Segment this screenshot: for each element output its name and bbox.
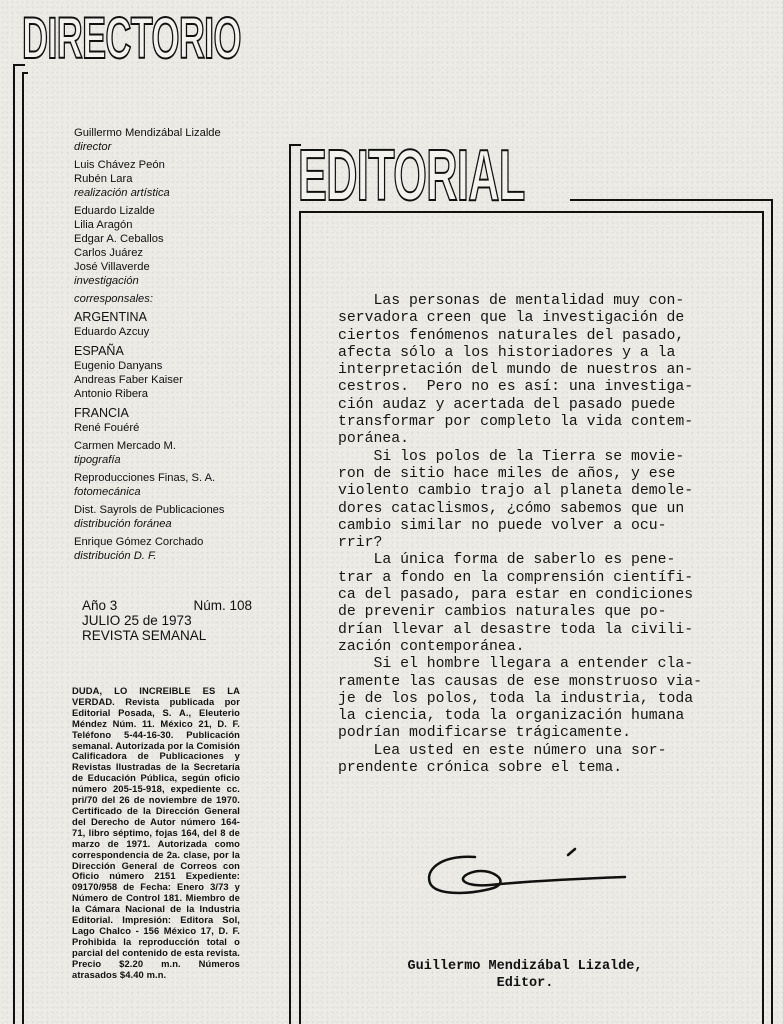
staff-group-art: Luis Chávez Peón Rubén Lara realización …: [74, 158, 259, 200]
staff-name: Carlos Juárez: [74, 246, 259, 260]
legal-notice: DUDA, LO INCREIBLE ES LA VERDAD. Revista…: [72, 686, 240, 980]
country-label: ESPAÑA: [74, 344, 259, 359]
issue-year: Año 3: [82, 598, 117, 613]
correspondent-argentina: ARGENTINA Eduardo Azcuy: [74, 310, 259, 339]
staff-name: Guillermo Mendizábal Lizalde: [74, 126, 259, 140]
correspondent-francia: FRANCIA René Fouéré: [74, 406, 259, 435]
staff-role: realización artística: [74, 186, 259, 200]
credit-name: Reproducciones Finas, S. A.: [74, 471, 259, 485]
signature-icon: [420, 845, 640, 905]
directorio-list: Guillermo Mendizábal Lizalde director Lu…: [74, 126, 259, 567]
credit-role: tipografía: [74, 453, 259, 467]
directorio-frame-inner: [22, 72, 24, 1024]
credit-typography: Carmen Mercado M. tipografía: [74, 439, 259, 467]
correspondent-name: René Fouéré: [74, 421, 259, 435]
staff-group-director: Guillermo Mendizábal Lizalde director: [74, 126, 259, 154]
credit-role: fotomecánica: [74, 485, 259, 499]
credit-role: distribución foránea: [74, 517, 259, 531]
directorio-frame-outer: [13, 64, 15, 1024]
editorial-frame-top-outer: [570, 199, 773, 201]
correspondent-name: Andreas Faber Kaiser: [74, 373, 259, 387]
editorial-frame-right-outer: [771, 199, 773, 1024]
editorial-title: EDITORIAL: [298, 140, 525, 212]
country-label: ARGENTINA: [74, 310, 259, 325]
issue-info: Año 3 Núm. 108 JULIO 25 de 1973 REVISTA …: [82, 598, 252, 643]
correspondent-name: Antonio Ribera: [74, 387, 259, 401]
editorial-frame-left-outer: [289, 144, 291, 1024]
credit-role: distribución D. F.: [74, 549, 259, 563]
issue-number: Núm. 108: [193, 598, 252, 613]
credit-name: Carmen Mercado M.: [74, 439, 259, 453]
staff-name: Edgar A. Ceballos: [74, 232, 259, 246]
credit-name: Dist. Sayrols de Publicaciones: [74, 503, 259, 517]
staff-name: José Villaverde: [74, 260, 259, 274]
staff-name: Luis Chávez Peón: [74, 158, 259, 172]
staff-role: investigación: [74, 274, 259, 288]
country-label: FRANCIA: [74, 406, 259, 421]
correspondent-espana: ESPAÑA Eugenio Danyans Andreas Faber Kai…: [74, 344, 259, 401]
staff-role: director: [74, 140, 259, 154]
signer-title: Editor.: [360, 975, 690, 992]
signer-name: Guillermo Mendizábal Lizalde,: [360, 958, 690, 975]
issue-date: JULIO 25 de 1973: [82, 613, 252, 628]
credit-foreign-distribution: Dist. Sayrols de Publicaciones distribuc…: [74, 503, 259, 531]
editorial-body: Las personas de mentalidad muy con- serv…: [338, 293, 738, 777]
directorio-title: DIRECTORIO: [22, 10, 241, 68]
staff-name: Rubén Lara: [74, 172, 259, 186]
signer-block: Guillermo Mendizábal Lizalde, Editor.: [360, 958, 690, 992]
correspondent-name: Eugenio Danyans: [74, 359, 259, 373]
editorial-frame-right-inner: [762, 211, 764, 1024]
credit-photomechanics: Reproducciones Finas, S. A. fotomecánica: [74, 471, 259, 499]
issue-frequency: REVISTA SEMANAL: [82, 628, 252, 643]
staff-name: Lilia Aragón: [74, 218, 259, 232]
credit-df-distribution: Enrique Gómez Corchado distribución D. F…: [74, 535, 259, 563]
correspondent-name: Eduardo Azcuy: [74, 325, 259, 339]
directorio-frame-top-stub-inner: [22, 72, 28, 74]
credit-name: Enrique Gómez Corchado: [74, 535, 259, 549]
editorial-frame-left-inner: [299, 212, 301, 1024]
correspondents-label: corresponsales:: [74, 292, 259, 306]
staff-name: Eduardo Lizalde: [74, 204, 259, 218]
staff-group-research: Eduardo Lizalde Lilia Aragón Edgar A. Ce…: [74, 204, 259, 288]
